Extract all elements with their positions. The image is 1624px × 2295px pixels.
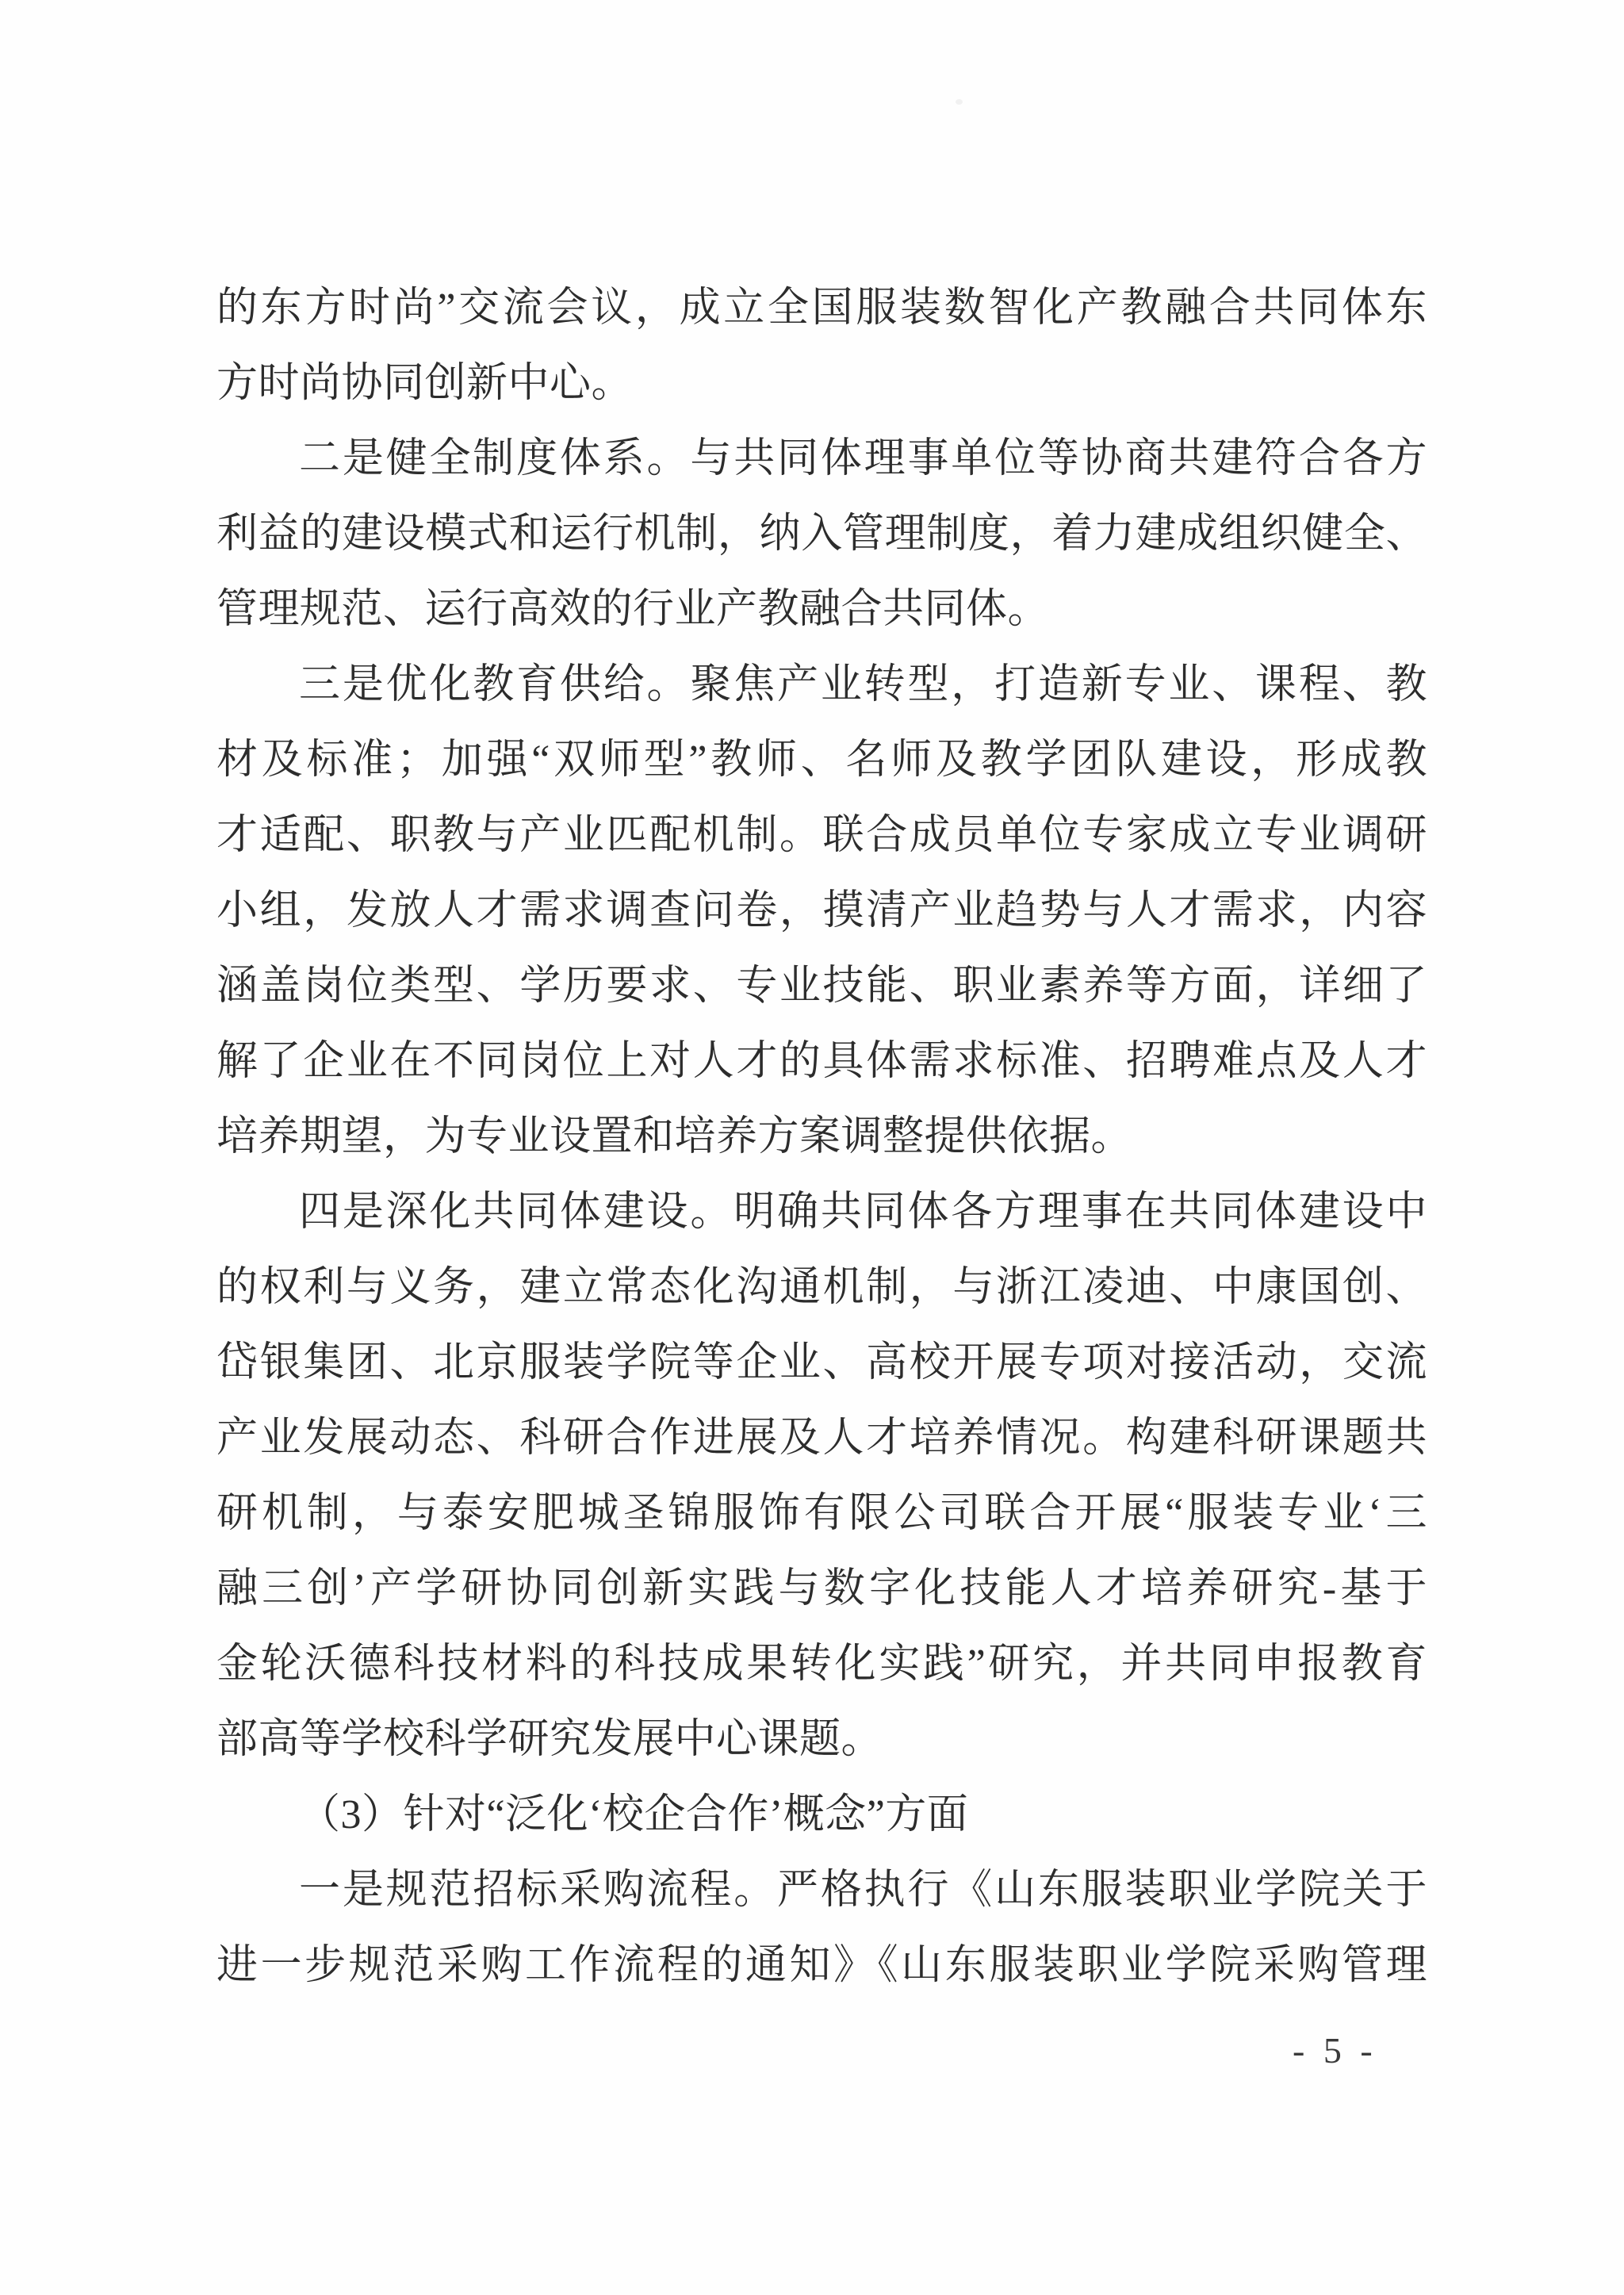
- body-line: 材及标准；加强“双师型”教师、名师及教学团队建设，形成教: [216, 722, 1427, 798]
- body-line: 解了企业在不同岗位上对人才的具体需求标准、招聘难点及人才: [216, 1024, 1427, 1099]
- body-line: 部高等学校科学研究发展中心课题。: [216, 1702, 1427, 1777]
- body-line: 产业发展动态、科研合作进展及人才培养情况。构建科研课题共: [216, 1400, 1427, 1476]
- body-line: 金轮沃德科技材料的科技成果转化实践”研究，并共同申报教育: [216, 1626, 1427, 1702]
- text-block: 的东方时尚”交流会议，成立全国服装数智化产教融合共同体东 方时尚协同创新中心。 …: [216, 270, 1427, 2003]
- body-line: 融三创’产学研协同创新实践与数字化技能人才培养研究-基于: [216, 1551, 1427, 1626]
- body-line: 培养期望，为专业设置和培养方案调整提供依据。: [216, 1099, 1427, 1174]
- body-line: 研机制，与泰安肥城圣锦服饰有限公司联合开展“服装专业‘三: [216, 1476, 1427, 1551]
- page-number: - 5 -: [1293, 2027, 1377, 2075]
- body-line: 涵盖岗位类型、学历要求、专业技能、职业素养等方面，详细了: [216, 948, 1427, 1024]
- body-line: 的东方时尚”交流会议，成立全国服装数智化产教融合共同体东: [216, 270, 1427, 346]
- body-line: 二是健全制度体系。与共同体理事单位等协商共建符合各方: [216, 421, 1427, 496]
- body-line: 方时尚协同创新中心。: [216, 346, 1427, 421]
- body-line: 进一步规范采购工作流程的通知》《山东服装职业学院采购管理: [216, 1928, 1427, 2003]
- body-line: 一是规范招标采购流程。严格执行《山东服装职业学院关于: [216, 1852, 1427, 1928]
- scan-artifact: [956, 99, 963, 105]
- body-line: 四是深化共同体建设。明确共同体各方理事在共同体建设中: [216, 1174, 1427, 1250]
- body-line: 小组，发放人才需求调查问卷，摸清产业趋势与人才需求，内容: [216, 873, 1427, 948]
- body-line: 管理规范、运行高效的行业产教融合共同体。: [216, 572, 1427, 647]
- document-page: 的东方时尚”交流会议，成立全国服装数智化产教融合共同体东 方时尚协同创新中心。 …: [0, 0, 1624, 2295]
- body-line: （3）针对“泛化‘校企合作’概念”方面: [216, 1777, 1427, 1852]
- body-line: 的权利与义务，建立常态化沟通机制，与浙江凌迪、中康国创、: [216, 1250, 1427, 1325]
- body-line: 岱银集团、北京服装学院等企业、高校开展专项对接活动，交流: [216, 1325, 1427, 1400]
- body-line: 利益的建设模式和运行机制，纳入管理制度，着力建成组织健全、: [216, 496, 1427, 572]
- body-line: 才适配、职教与产业匹配机制。联合成员单位专家成立专业调研: [216, 798, 1427, 873]
- body-line: 三是优化教育供给。聚焦产业转型，打造新专业、课程、教: [216, 647, 1427, 722]
